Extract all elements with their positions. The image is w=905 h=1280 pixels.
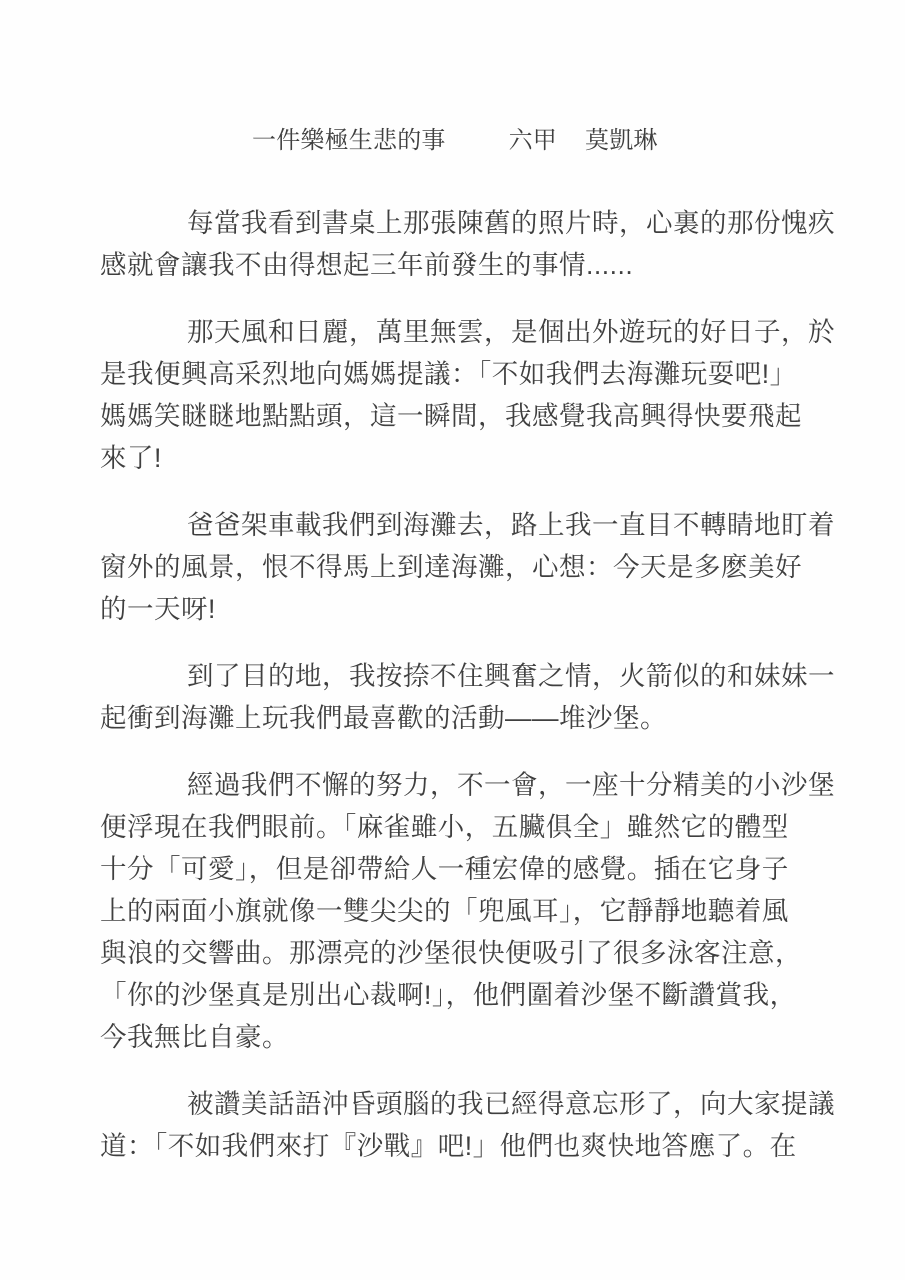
text-line: 十分「可愛」，但是卻帶給人一種宏偉的感覺。插在它身子	[100, 848, 860, 890]
text-line: 道：「不如我們來打『沙戰』吧!」他們也爽快地答應了。在	[100, 1125, 860, 1167]
text-line: 的一天呀!	[100, 588, 860, 630]
text-line: 爸爸架車載我們到海灘去，路上我一直目不轉睛地盯着	[100, 504, 860, 546]
text-line: 媽媽笑瞇瞇地點點頭，這一瞬間，我感覺我高興得快要飛起	[100, 395, 860, 437]
essay-author: 莫凱琳	[585, 127, 658, 154]
text-line: 是我便興高采烈地向媽媽提議：「不如我們去海灘玩耍吧!」	[100, 353, 860, 395]
text-line: 來了!	[100, 437, 860, 479]
text-line: 「你的沙堡真是別出心裁啊!」，他們圍着沙堡不斷讚賞我，	[100, 974, 860, 1016]
text-line: 感就會讓我不由得想起三年前發生的事情......	[100, 244, 860, 286]
essay-class-name: 六甲	[509, 127, 557, 154]
paragraph: 爸爸架車載我們到海灘去，路上我一直目不轉睛地盯着窗外的風景，恨不得馬上到達海灘，…	[100, 504, 860, 630]
text-line: 與浪的交響曲。那漂亮的沙堡很快便吸引了很多泳客注意，	[100, 932, 860, 974]
essay-title-row: 一件樂極生悲的事六甲莫凱琳	[100, 120, 860, 162]
text-line: 上的兩面小旗就像一雙尖尖的「兜風耳」，它靜靜地聽着風	[100, 890, 860, 932]
text-line: 今我無比自豪。	[100, 1016, 860, 1058]
text-line: 起衝到海灘上玩我們最喜歡的活動——堆沙堡。	[100, 697, 860, 739]
paragraph: 每當我看到書桌上那張陳舊的照片時，心裏的那份愧疚感就會讓我不由得想起三年前發生的…	[100, 202, 860, 286]
paragraph: 到了目的地，我按捺不住興奮之情，火箭似的和妹妹一起衝到海灘上玩我們最喜歡的活動—…	[100, 655, 860, 739]
text-line: 便浮現在我們眼前。「麻雀雖小，五臟俱全」雖然它的體型	[100, 806, 860, 848]
essay-title: 一件樂極生悲的事	[252, 127, 446, 154]
scanned-document: { "title": { "text": "一件樂極生悲的事", "class_…	[0, 0, 905, 1280]
paragraph: 那天風和日麗，萬里無雲，是個出外遊玩的好日子，於是我便興高采烈地向媽媽提議：「不…	[100, 311, 860, 479]
text-line: 窗外的風景，恨不得馬上到達海灘，心想：今天是多麽美好	[100, 546, 860, 588]
document-page: 一件樂極生悲的事六甲莫凱琳 每當我看到書桌上那張陳舊的照片時，心裏的那份愧疚感就…	[100, 120, 860, 1167]
text-line: 被讚美話語沖昏頭腦的我已經得意忘形了，向大家提議	[100, 1083, 860, 1125]
paragraph: 被讚美話語沖昏頭腦的我已經得意忘形了，向大家提議道：「不如我們來打『沙戰』吧!」…	[100, 1083, 860, 1167]
essay-body: 每當我看到書桌上那張陳舊的照片時，心裏的那份愧疚感就會讓我不由得想起三年前發生的…	[100, 202, 860, 1167]
text-line: 到了目的地，我按捺不住興奮之情，火箭似的和妹妹一	[100, 655, 860, 697]
text-line: 那天風和日麗，萬里無雲，是個出外遊玩的好日子，於	[100, 311, 860, 353]
paragraph: 經過我們不懈的努力，不一會，一座十分精美的小沙堡便浮現在我們眼前。「麻雀雖小，五…	[100, 764, 860, 1058]
text-line: 經過我們不懈的努力，不一會，一座十分精美的小沙堡	[100, 764, 860, 806]
text-line: 每當我看到書桌上那張陳舊的照片時，心裏的那份愧疚	[100, 202, 860, 244]
